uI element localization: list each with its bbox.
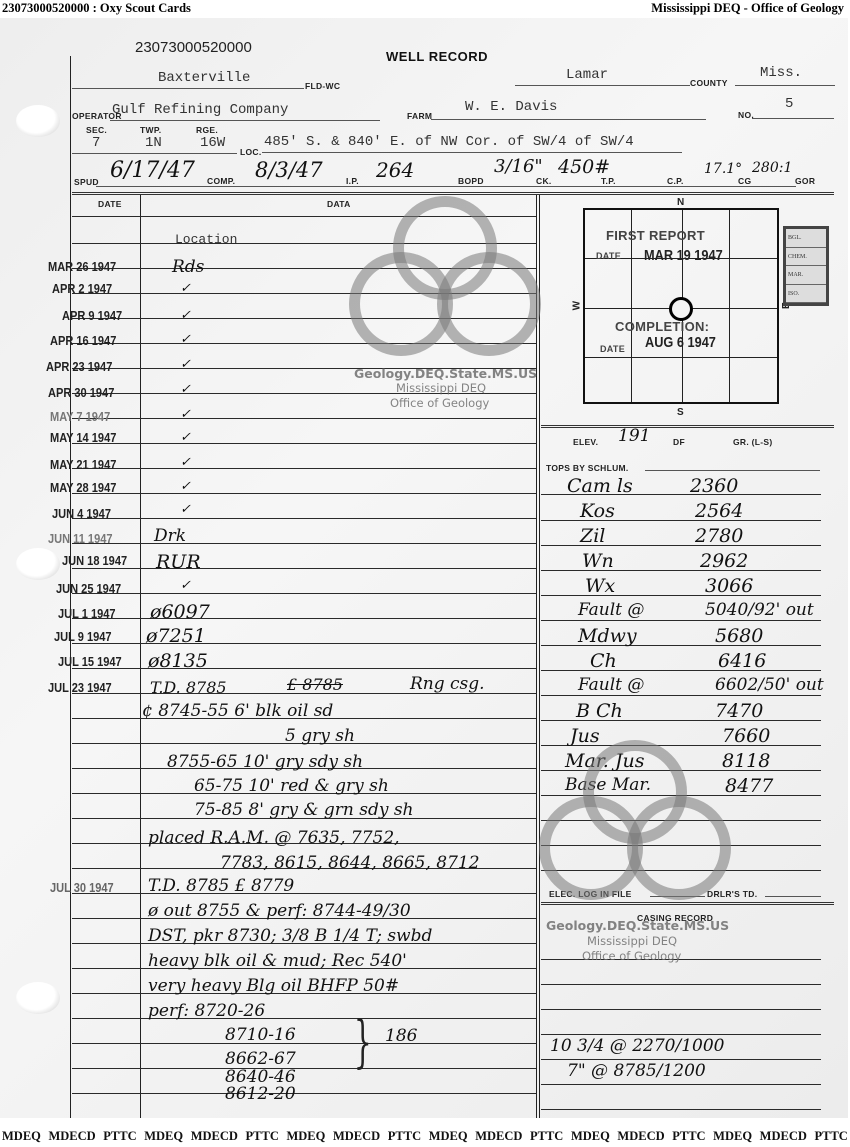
rge-value: 16W [200, 135, 225, 151]
ip-label: I.P. [346, 176, 359, 186]
county-value: Lamar [566, 67, 608, 83]
well-location-marker [669, 297, 693, 321]
casing-row: 10 3/4 @ 2270/1000 [550, 1036, 724, 1056]
elec-log-label: ELEC. LOG IN FILE [549, 889, 632, 899]
top-name: Ch [590, 650, 617, 672]
top-depth: 8477 [725, 775, 773, 797]
comp-date: 8/3/47 [255, 158, 323, 182]
location-heading: Location [175, 232, 237, 247]
footer-tag: PTTC [530, 1129, 563, 1147]
top-name: Fault @ [578, 600, 644, 620]
log-entry: RUR [156, 551, 201, 573]
top-depth: 6416 [718, 650, 766, 672]
twp-value: 1N [145, 135, 162, 151]
top-name: Kos [580, 500, 615, 522]
gravity-value: 17.1° [704, 161, 742, 177]
location-value: 485' S. & 840' E. of NW Cor. of SW/4 of … [264, 134, 634, 150]
log-date: MAY 21 1947 [50, 457, 116, 472]
perf-interval: 8612-20 [225, 1084, 296, 1104]
core-line: placed R.A.M. @ 7635, 7752, [148, 828, 400, 848]
review-checkbox-stamp: BGL. CHEM. MAR. ISO. [783, 226, 829, 306]
footer-tag: PTTC [388, 1129, 421, 1147]
loc-label: LOC. [240, 147, 262, 157]
tops-label: TOPS BY SCHLUM. [546, 463, 629, 473]
punch-hole [16, 548, 60, 580]
first-report-date: MAR 19 1947 [644, 247, 723, 264]
log-date: JUL 9 1947 [54, 629, 112, 644]
log-entry: ø8135 [148, 650, 208, 672]
footer-tag: MDECD [475, 1129, 522, 1147]
header-title: 23073000520000 : Oxy Scout Cards [2, 1, 191, 16]
top-name: Fault @ [578, 675, 644, 695]
footer-tag: MDEQ [713, 1129, 752, 1147]
well-record-card: 23073000520000 WELL RECORD Baxterville F… [0, 18, 848, 1118]
check-iso: ISO. [786, 285, 826, 304]
log-entry: T.D. 8785 [150, 678, 227, 697]
drillers-td-label: DRLR'S TD. [707, 889, 757, 899]
first-report-label: FIRST REPORT [606, 228, 705, 243]
punch-hole [16, 982, 60, 1014]
top-depth: 2962 [700, 550, 748, 572]
completion-line: ø out 8755 & perf: 8744-49/30 [148, 901, 411, 921]
log-entry: Drk [154, 526, 186, 546]
page-header: 23073000520000 : Oxy Scout Cards Mississ… [0, 0, 850, 18]
right-column-divider [536, 194, 537, 1118]
log-date: JUL 1 1947 [58, 606, 116, 621]
log-entry: ✓ [180, 357, 191, 372]
log-date: JUL 23 1947 [48, 680, 112, 695]
top-depth: 5680 [715, 625, 763, 647]
log-entry: ø7251 [146, 625, 206, 647]
top-depth: 2780 [695, 525, 743, 547]
footer-tag: MDECD [617, 1129, 664, 1147]
log-entry: ✓ [180, 382, 191, 397]
footer-tag: MDEQ [2, 1129, 41, 1147]
farm-value: W. E. Davis [465, 99, 557, 115]
top-name: Mdwy [578, 625, 637, 647]
elev-label: ELEV. [573, 437, 598, 447]
gr-label: GR. (L-S) [733, 437, 773, 447]
perf-interval: 8662-67 [225, 1049, 296, 1069]
completion-line: perf: 8720-26 [148, 1001, 265, 1021]
log-date: JUL 30 1947 [50, 880, 114, 895]
log-date: JUN 4 1947 [52, 506, 111, 521]
top-depth: 2360 [690, 475, 738, 497]
date-column-header: DATE [98, 199, 122, 209]
perf-interval: 8710-16 [225, 1025, 296, 1045]
spud-date: 6/17/47 [110, 158, 195, 183]
log-date: JUN 11 1947 [48, 531, 113, 546]
log-date: APR 30 1947 [48, 385, 114, 400]
date-column-divider [140, 194, 141, 1118]
completion-date: AUG 6 1947 [645, 334, 716, 351]
core-line: 7783, 8615, 8644, 8665, 8712 [220, 853, 480, 873]
ck-label: CK. [536, 176, 552, 186]
log-entry: ✓ [180, 502, 191, 517]
elev-value: 191 [618, 426, 650, 446]
field-label: FLD-WC [305, 81, 340, 91]
top-name: Wn [582, 550, 614, 572]
log-date: MAY 28 1947 [50, 480, 116, 495]
perf-brace: } [354, 1010, 372, 1075]
footer-tag: PTTC [103, 1129, 136, 1147]
log-date: MAY 14 1947 [50, 430, 116, 445]
field-value: Baxterville [158, 70, 250, 86]
completion-line: DST, pkr 8730; 3/8 B 1/4 T; swbd [148, 926, 432, 946]
tp-value: 450# [558, 156, 610, 178]
core-line: ¢ 8745-55 6' blk oil sd [142, 701, 333, 721]
footer-tag: MDECD [760, 1129, 807, 1147]
check-mar: MAR. [786, 266, 826, 285]
log-entry: ✓ [180, 455, 191, 470]
top-depth: 2564 [695, 500, 743, 522]
completion-line: heavy blk oil & mud; Rec 540' [148, 951, 407, 971]
casing-row: 7" @ 8785/1200 [567, 1061, 706, 1081]
footer-tag: MDEQ [429, 1129, 468, 1147]
farm-label: FARM [407, 111, 432, 121]
sec-label: SEC. [86, 125, 107, 135]
core-line: 8755-65 10' gry sdy sh [167, 752, 363, 772]
top-depth: 3066 [705, 575, 753, 597]
check-chem: CHEM. [786, 248, 826, 267]
top-name: B Ch [576, 700, 623, 722]
watermark-agency: Mississippi DEQ [396, 381, 486, 395]
log-entry: ø6097 [150, 601, 210, 623]
top-name: Mar. Jus [565, 750, 644, 772]
map-north: N [677, 197, 685, 208]
check-bgl: BGL. [786, 229, 826, 248]
completion-label: COMPLETION: [615, 319, 709, 334]
completion-date-label: DATE [600, 344, 625, 354]
twp-label: TWP. [140, 125, 161, 135]
log-date: JUL 15 1947 [58, 654, 122, 669]
choke-value: 3/16" [494, 156, 543, 177]
map-south: S [677, 407, 684, 418]
log-entry: ✓ [180, 578, 191, 593]
top-name: Cam ls [567, 475, 633, 497]
log-date: APR 16 1947 [50, 333, 116, 348]
gor-value: 280:1 [752, 160, 792, 176]
header-source: Mississippi DEQ - Office of Geology [651, 1, 844, 16]
footer-tag: MDEQ [144, 1129, 183, 1147]
watermark-office: Office of Geology [582, 949, 681, 963]
log-entry: ✓ [180, 281, 191, 296]
top-name: Wx [585, 575, 615, 597]
top-depth: 5040/92' out [705, 600, 814, 620]
rge-label: RGE. [196, 125, 218, 135]
watermark-url: Geology.DEQ.State.MS.US [546, 918, 729, 933]
completion-line: T.D. 8785 £ 8779 [148, 876, 294, 896]
bopd-label: BOPD [458, 176, 484, 186]
right-column-divider [539, 194, 540, 1118]
punch-hole [16, 105, 60, 137]
watermark-url: Geology.DEQ.State.MS.US [354, 366, 537, 381]
log-entry: ✓ [180, 407, 191, 422]
log-date: APR 2 1947 [52, 281, 112, 296]
map-west: W [571, 301, 582, 311]
comp-label: COMP. [207, 176, 235, 186]
well-no-value: 5 [785, 96, 793, 112]
log-date: JUN 25 1947 [56, 581, 121, 596]
cp-label: C.P. [667, 176, 684, 186]
log-entry: ✓ [180, 479, 191, 494]
log-date: JUN 18 1947 [62, 553, 127, 568]
log-date: APR 23 1947 [46, 359, 112, 374]
card-title: WELL RECORD [386, 49, 488, 64]
state-value: Miss. [760, 65, 802, 81]
watermark-agency: Mississippi DEQ [587, 934, 677, 948]
footer-tag: MDEQ [286, 1129, 325, 1147]
page-footer: MDEQ MDECD PTTC MDEQ MDECD PTTC MDEQ MDE… [0, 1129, 850, 1147]
top-name: Base Mar. [565, 775, 651, 795]
struck-depth: £ 8785 [287, 675, 343, 694]
footer-tag: PTTC [814, 1129, 847, 1147]
top-depth: 7660 [722, 725, 770, 747]
completion-line: very heavy Blg oil BHFP 50# [148, 976, 399, 996]
gor-label: GOR [795, 176, 815, 186]
sec-value: 7 [92, 135, 100, 151]
log-entry: ✓ [180, 430, 191, 445]
footer-tag: MDECD [191, 1129, 238, 1147]
ip-value: 264 [376, 158, 414, 182]
core-line: 75-85 8' gry & grn sdy sh [194, 800, 414, 820]
footer-tag: PTTC [246, 1129, 279, 1147]
top-depth: 6602/50' out [715, 675, 824, 695]
log-note: Rng csg. [410, 674, 485, 694]
document-id: 23073000520000 [135, 39, 252, 56]
footer-tag: MDECD [48, 1129, 95, 1147]
perf-total: 186 [385, 1026, 417, 1046]
first-report-date-label: DATE [596, 251, 621, 261]
log-entry: Rds [172, 257, 204, 277]
county-label: COUNTY [690, 78, 728, 88]
log-date: MAY 7 1947 [50, 409, 110, 424]
core-line: 65-75 10' red & gry sh [194, 776, 389, 796]
footer-tag: PTTC [672, 1129, 705, 1147]
data-column-header: DATA [327, 199, 351, 209]
footer-tag: MDECD [333, 1129, 380, 1147]
footer-tag: MDEQ [571, 1129, 610, 1147]
log-entry: ✓ [180, 332, 191, 347]
operator-value: Gulf Refining Company [112, 102, 288, 118]
core-line: 5 gry sh [285, 726, 355, 746]
log-date: MAR 26 1947 [48, 259, 116, 274]
cg-label: CG [738, 176, 751, 186]
df-label: DF [673, 437, 685, 447]
top-depth: 8118 [722, 750, 770, 772]
tp-label: T.P. [601, 176, 616, 186]
log-entry: ✓ [180, 308, 191, 323]
top-name: Jus [570, 725, 600, 747]
top-depth: 7470 [715, 700, 763, 722]
watermark-office: Office of Geology [390, 396, 489, 410]
log-date: APR 9 1947 [62, 308, 122, 323]
top-name: Zil [580, 525, 605, 547]
